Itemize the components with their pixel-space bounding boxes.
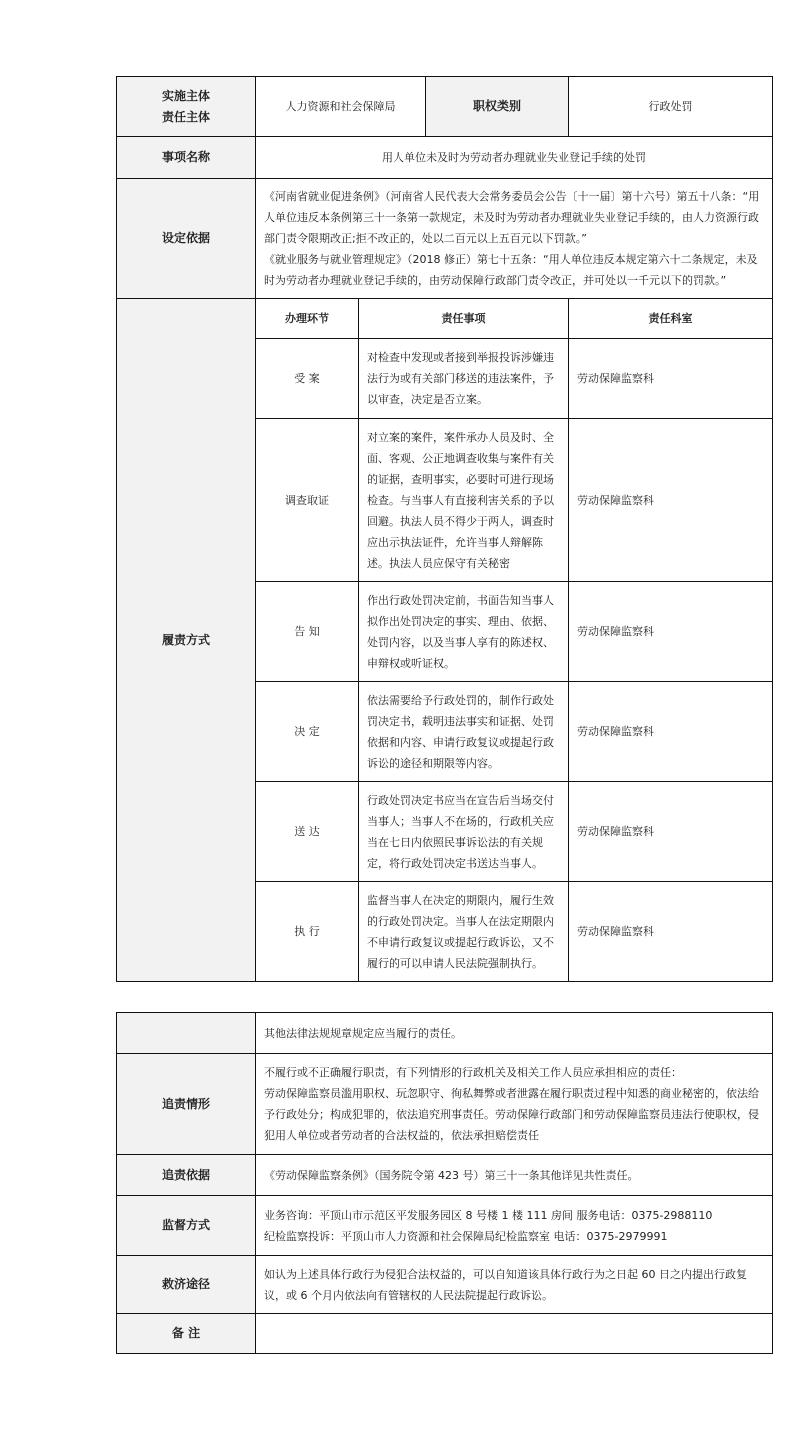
item-name-label: 事项名称 [117, 137, 256, 179]
basis-row: 设定依据 《河南省就业促进条例》（河南省人民代表大会常务委员会公告〔十一届〕第十… [117, 179, 773, 299]
accountability-label: 追责情形 [117, 1054, 256, 1155]
duty-matter: 依法需要给予行政处罚的，制作行政处罚决定书，载明违法事实和证据、处罚依据和内容、… [359, 682, 569, 782]
remedy-row: 救济途径 如认为上述具体行政行为侵犯合法权益的，可以自知道该具体行政行为之日起 … [117, 1256, 773, 1314]
accountability-table: 其他法律法规规章规定应当履行的责任。 追责情形 不履行或不正确履行职责，有下列情… [116, 1012, 773, 1354]
duty-stage: 执 行 [256, 882, 359, 982]
category-value: 行政处罚 [569, 77, 773, 137]
remarks-value [256, 1314, 773, 1354]
subject-row: 实施主体 责任主体 人力资源和社会保障局 职权类别 行政处罚 [117, 77, 773, 137]
duty-stage: 调查取证 [256, 419, 359, 582]
duty-matter: 行政处罚决定书应当在宣告后当场交付当事人；当事人不在场的，行政机关应当在七日内依… [359, 782, 569, 882]
duty-dept: 劳动保障监察科 [569, 419, 773, 582]
basis-value: 《河南省就业促进条例》（河南省人民代表大会常务委员会公告〔十一届〕第十六号）第五… [256, 179, 773, 299]
implementing-subject-label: 实施主体 [117, 86, 255, 107]
accountability-basis-label: 追责依据 [117, 1155, 256, 1196]
item-name-value: 用人单位未及时为劳动者办理就业失业登记手续的处罚 [256, 137, 773, 179]
duty-matter: 监督当事人在决定的期限内，履行生效的行政处罚决定。当事人在法定期限内不申请行政复… [359, 882, 569, 982]
duty-matter: 作出行政处罚决定前，书面告知当事人拟作出处罚决定的事实、理由、依据、处罚内容，以… [359, 582, 569, 682]
remarks-label: 备 注 [117, 1314, 256, 1354]
supervision-value: 业务咨询：平顶山市示范区平发服务园区 8 号楼 1 楼 111 房间 服务电话：… [256, 1196, 773, 1256]
complaint-line: 纪检监察投诉：平顶山市人力资源和社会保障局纪检监察室 电话：0375-29799… [264, 1226, 764, 1247]
accountability-row: 追责情形 不履行或不正确履行职责，有下列情形的行政机关及相关工作人员应承担相应的… [117, 1054, 773, 1155]
duties-label: 履责方式 [117, 299, 256, 982]
category-label: 职权类别 [426, 77, 569, 137]
subject-value: 人力资源和社会保障局 [256, 77, 426, 137]
basis-label: 设定依据 [117, 179, 256, 299]
duty-dept: 劳动保障监察科 [569, 882, 773, 982]
other-duty-row: 其他法律法规规章规定应当履行的责任。 [117, 1013, 773, 1054]
consultation-line: 业务咨询：平顶山市示范区平发服务园区 8 号楼 1 楼 111 房间 服务电话：… [264, 1205, 764, 1226]
accountability-value: 不履行或不正确履行职责，有下列情形的行政机关及相关工作人员应承担相应的责任： 劳… [256, 1054, 773, 1155]
subject-label: 实施主体 责任主体 [117, 77, 256, 137]
remarks-row: 备 注 [117, 1314, 773, 1354]
supervision-row: 监督方式 业务咨询：平顶山市示范区平发服务园区 8 号楼 1 楼 111 房间 … [117, 1196, 773, 1256]
duty-stage: 决 定 [256, 682, 359, 782]
item-name-row: 事项名称 用人单位未及时为劳动者办理就业失业登记手续的处罚 [117, 137, 773, 179]
accountability-paragraph: 劳动保障监察员滥用职权、玩忽职守、徇私舞弊或者泄露在履行职责过程中知悉的商业秘密… [264, 1083, 764, 1146]
duty-stage: 受 案 [256, 339, 359, 419]
power-list-table: 实施主体 责任主体 人力资源和社会保障局 职权类别 行政处罚 事项名称 用人单位… [116, 76, 773, 982]
accountability-basis-value: 《劳动保障监察条例》（国务院令第 423 号）第三十一条其他详见共性责任。 [256, 1155, 773, 1196]
duty-dept: 劳动保障监察科 [569, 682, 773, 782]
duty-stage: 送 达 [256, 782, 359, 882]
duty-dept: 劳动保障监察科 [569, 339, 773, 419]
basis-paragraph: 《河南省就业促进条例》（河南省人民代表大会常务委员会公告〔十一届〕第十六号）第五… [264, 186, 764, 249]
basis-paragraph: 《就业服务与就业管理规定》（2018 修正）第七十五条：“用人单位违反本规定第六… [264, 249, 764, 291]
col-header-dept: 责任科室 [569, 299, 773, 339]
duty-stage: 告 知 [256, 582, 359, 682]
accountability-basis-row: 追责依据 《劳动保障监察条例》（国务院令第 423 号）第三十一条其他详见共性责… [117, 1155, 773, 1196]
col-header-stage: 办理环节 [256, 299, 359, 339]
remedy-label: 救济途径 [117, 1256, 256, 1314]
col-header-matter: 责任事项 [359, 299, 569, 339]
remedy-value: 如认为上述具体行政行为侵犯合法权益的，可以自知道该具体行政行为之日起 60 日之… [256, 1256, 773, 1314]
duty-matter: 对检查中发现或者接到举报投诉涉嫌违法行为或有关部门移送的违法案件，予以审查，决定… [359, 339, 569, 419]
other-duty-label [117, 1013, 256, 1054]
duty-matter: 对立案的案件，案件承办人员及时、全面、客观、公正地调查收集与案件有关的证据，查明… [359, 419, 569, 582]
duties-header-row: 履责方式 办理环节 责任事项 责任科室 [117, 299, 773, 339]
duty-dept: 劳动保障监察科 [569, 582, 773, 682]
other-duty-value: 其他法律法规规章规定应当履行的责任。 [256, 1013, 773, 1054]
supervision-label: 监督方式 [117, 1196, 256, 1256]
duty-dept: 劳动保障监察科 [569, 782, 773, 882]
accountability-paragraph: 不履行或不正确履行职责，有下列情形的行政机关及相关工作人员应承担相应的责任： [264, 1062, 764, 1083]
responsible-subject-label: 责任主体 [117, 107, 255, 128]
